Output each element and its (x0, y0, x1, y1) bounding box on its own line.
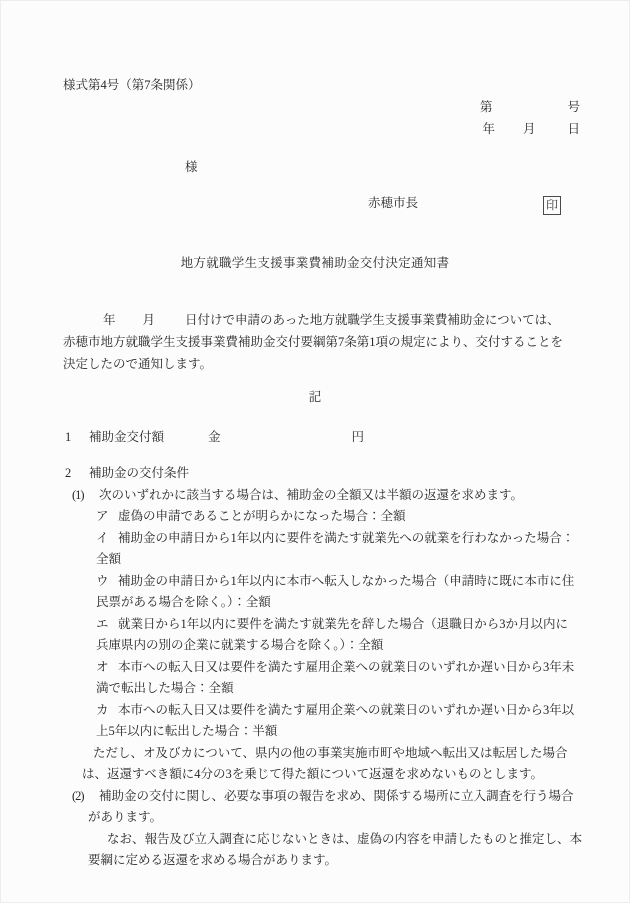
clause-u-label: ウ (96, 571, 118, 593)
item-2-label: 補助金の交付条件 (89, 466, 189, 480)
clause-ka-line-1: カ本市への転入日又は要件を満たす雇用企業への就業日のいずれか遅い日から3年以 (96, 700, 567, 722)
intro-line-1-text: 付けで申請のあった地方就職学生支援事業費補助金については、 (198, 313, 560, 327)
sub-item-2-text-1: 補助金の交付に関し、必要な事項の報告を求め、関係する場所に立入調査を行う場合 (99, 789, 574, 803)
clause-ka-line-2: 上5年以内に転出した場合：半額 (96, 721, 567, 743)
clause-ka-text-1: 本市への転入日又は要件を満たす雇用企業への就業日のいずれか遅い日から3年以 (118, 703, 574, 717)
sub-item-1-line: (1)次のいずれかに該当する場合は、補助金の全額又は半額の返還を求めます。 (72, 485, 567, 507)
clause-a-text: 虚偽の申請であることが明らかになった場合：全額 (118, 509, 406, 523)
seal-mark: 印 (543, 196, 561, 215)
proviso-line-1: ただし、オ及びカについて、県内の他の事業実施市町や地域へ転出又は転居した場合 (93, 743, 567, 765)
sender-name: 赤穂市長 (368, 196, 418, 210)
clause-o-line-2: 満で転出した場合：全額 (96, 678, 567, 700)
conditions-list: (1)次のいずれかに該当する場合は、補助金の全額又は半額の返還を求めます。 ア虚… (63, 485, 567, 872)
doc-number-line: 第号 (63, 99, 580, 116)
clause-e-text-1: 就業日から1年以内に要件を満たす就業先を辞した場合（退職日から3か月以内に (118, 617, 568, 631)
doc-number-suffix: 号 (567, 100, 580, 114)
intro-line-3: 決定したので通知します。 (63, 354, 567, 376)
doc-number-date-block: 第号 年月日 (63, 99, 580, 138)
clause-u-line-2: 民票がある場合を除く。）：全額 (96, 592, 567, 614)
form-number-label: 様式第4号（第7条関係） (63, 77, 567, 94)
sub-item-2-line-2: があります。 (88, 807, 567, 829)
clause-o-label: オ (96, 657, 118, 679)
clause-i-text-1: 補助金の申請日から1年以内に要件を満たす就業先への就業を行わなかった場合： (118, 531, 574, 545)
sub-item-1-number: (1) (72, 485, 99, 507)
doc-number-prefix: 第 (480, 100, 493, 114)
clause-o-line-1: オ本市への転入日又は要件を満たす雇用企業への就業日のいずれか遅い日から3年未 (96, 657, 567, 679)
item-1-number: 1 (63, 427, 89, 448)
note-line-2: 要綱に定める返還を求める場合があります。 (88, 850, 567, 872)
clause-o-text-1: 本市への転入日又は要件を満たす雇用企業への就業日のいずれか遅い日から3年未 (118, 660, 574, 674)
note-line-1: なお、報告及び立入調査に応じないときは、虚偽の内容を申請したものと推定し、本 (107, 829, 567, 851)
clause-i-label: イ (96, 528, 118, 550)
intro-month-label: 月 (143, 313, 156, 327)
intro-year-label: 年 (103, 313, 116, 327)
addressee-suffix: 様 (185, 160, 198, 174)
notice-document-page: 様式第4号（第7条関係） 第号 年月日 様 赤穂市長印 地方就職学生支援事業費補… (0, 0, 630, 903)
clause-a-line-1: ア虚偽の申請であることが明らかになった場合：全額 (96, 506, 567, 528)
clause-e-line-2: 兵庫県内の別の企業に就業する場合を除く。）：全額 (96, 635, 567, 657)
date-month-label: 月 (523, 122, 536, 136)
clause-e-label: エ (96, 614, 118, 636)
clause-u-text-1: 補助金の申請日から1年以内に本市へ転入しなかった場合（申請時に既に本市に住 (118, 574, 574, 588)
clause-u-line-1: ウ補助金の申請日から1年以内に本市へ転入しなかった場合（申請時に既に本市に住 (96, 571, 567, 593)
document-title: 地方就職学生支援事業費補助金交付決定通知書 (63, 254, 567, 272)
sub-item-2-line-1: (2)補助金の交付に関し、必要な事項の報告を求め、関係する場所に立入調査を行う場… (72, 786, 567, 808)
intro-day-label: 日 (185, 313, 198, 327)
intro-paragraph: 年月日付けで申請のあった地方就職学生支援事業費補助金については、 赤穂市地方就職… (63, 310, 567, 375)
clause-ka-label: カ (96, 700, 118, 722)
item-2-conditions-heading: 2補助金の交付条件 (63, 463, 567, 485)
date-year-label: 年 (482, 122, 495, 136)
record-marker: 記 (63, 387, 567, 408)
addressee-line: 様 (63, 159, 567, 176)
item-1-label: 補助金交付額 (89, 430, 164, 444)
clause-a-label: ア (96, 506, 118, 528)
item-1-unit-label: 円 (352, 430, 365, 444)
intro-line-1: 年月日付けで申請のあった地方就職学生支援事業費補助金については、 (63, 310, 567, 332)
date-day-label: 日 (567, 122, 580, 136)
proviso-line-2: は、返還すべき額に4分の3を乗じて得た額について返還を求めないものとします。 (82, 764, 567, 786)
intro-line-2: 赤穂市地方就職学生支援事業費補助金交付要綱第7条第1項の規定により、交付すること… (63, 332, 567, 354)
sub-item-1-text: 次のいずれかに該当する場合は、補助金の全額又は半額の返還を求めます。 (99, 488, 523, 502)
clause-i-line-2: 全額 (96, 549, 567, 571)
date-line: 年月日 (63, 121, 580, 138)
item-1-grant-amount: 1補助金交付額金円 (63, 427, 567, 448)
item-2-number: 2 (63, 463, 89, 485)
clause-i-line-1: イ補助金の申請日から1年以内に要件を満たす就業先への就業を行わなかった場合： (96, 528, 567, 550)
sub-item-2-number: (2) (72, 786, 99, 808)
clause-e-line-1: エ就業日から1年以内に要件を満たす就業先を辞した場合（退職日から3か月以内に (96, 614, 567, 636)
item-1-currency-label: 金 (208, 430, 221, 444)
sender-line: 赤穂市長印 (63, 195, 567, 215)
